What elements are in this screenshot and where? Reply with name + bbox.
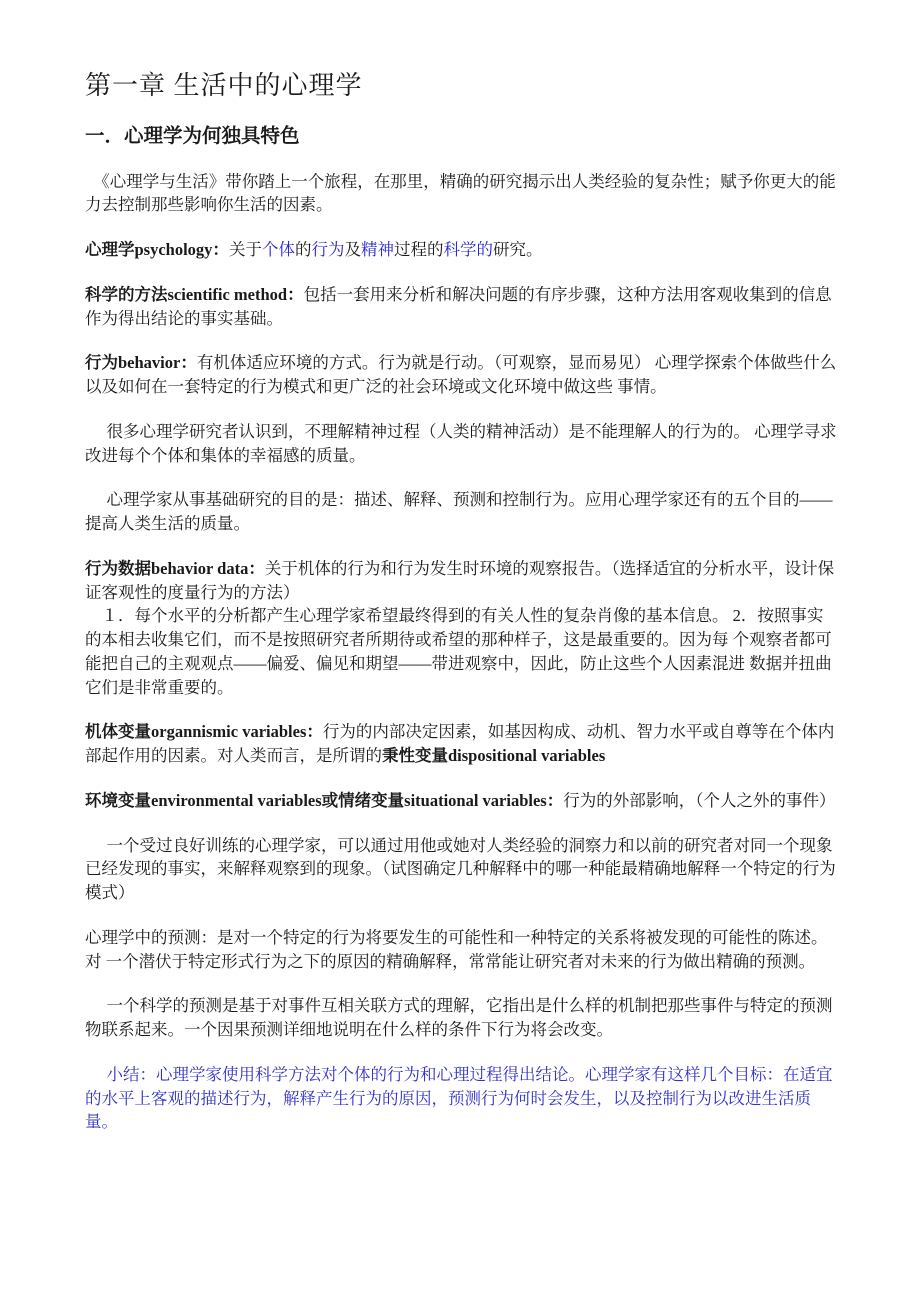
document-page: 第一章 生活中的心理学 一．心理学为何独具特色 《心理学与生活》带你踏上一个旅程… <box>0 0 920 1302</box>
linked-term: 行为 <box>311 240 344 259</box>
body-text: 小结：心理学家使用科学方法对个体的行为和心理过程得出结论。心理学家有这样几个目标… <box>85 1065 832 1132</box>
key-term: 行为数据behavior data： <box>85 559 265 578</box>
linked-term: 科学的 <box>443 240 493 259</box>
chapter-title: 第一章 生活中的心理学 <box>85 70 838 101</box>
body-text: 过程的 <box>394 240 444 259</box>
body-text: 有机体适应环境的方式。行为就是行动。（可观察，显而易见） 心理学探索个体做些什么… <box>85 353 836 396</box>
body-text: １．每个水平的分析都产生心理学家希望最终得到的有关人性的复杂肖像的基本信息。 2… <box>85 606 832 696</box>
definition-organismic-variables: 机体变量organnismic variables：行为的内部决定因素，如基因构… <box>85 720 838 768</box>
paragraph-prediction: 心理学中的预测：是对一个特定的行为将要发生的可能性和一种特定的关系将被发现的可能… <box>85 926 838 974</box>
body-text: 一个受过良好训练的心理学家，可以通过用他或她对人类经验的洞察力和以前的研究者对同… <box>85 836 836 903</box>
key-term: 机体变量organnismic variables： <box>85 722 323 741</box>
paragraph-trained-psychologist: 一个受过良好训练的心理学家，可以通过用他或她对人类经验的洞察力和以前的研究者对同… <box>85 834 838 905</box>
body-text: 心理学中的预测：是对一个特定的行为将要发生的可能性和一种特定的关系将被发现的可能… <box>85 928 828 971</box>
body-text: 及 <box>344 240 361 259</box>
linked-term: 精神 <box>361 240 394 259</box>
definition-behavior-data: 行为数据behavior data：关于机体的行为和行为发生时环境的观察报告。（… <box>85 557 838 605</box>
paragraph-research-goals: 心理学家从事基础研究的目的是：描述、解释、预测和控制行为。应用心理学家还有的五个… <box>85 488 838 536</box>
paragraph-scientific-prediction: 一个科学的预测是基于对事件互相关联方式的理解，它指出是什么样的机制把那些事件与特… <box>85 994 838 1042</box>
body-text: 很多心理学研究者认识到，不理解精神过程（人类的精神活动）是不能理解人的行为的。 … <box>85 422 837 465</box>
body-text: 研究。 <box>493 240 543 259</box>
definition-behavior: 行为behavior：有机体适应环境的方式。行为就是行动。（可观察，显而易见） … <box>85 351 838 399</box>
key-term: 科学的方法scientific method： <box>85 285 304 304</box>
definition-environmental-variables: 环境变量environmental variables或情绪变量situatio… <box>85 789 838 813</box>
document-body: 《心理学与生活》带你踏上一个旅程，在那里，精确的研究揭示出人类经验的复杂性；赋予… <box>85 170 838 1135</box>
definition-scientific-method: 科学的方法scientific method：包括一套用来分析和解决问题的有序步… <box>85 283 838 331</box>
key-term: 环境变量environmental variables或情绪变量situatio… <box>85 791 563 810</box>
body-text: 一个科学的预测是基于对事件互相关联方式的理解，它指出是什么样的机制把那些事件与特… <box>85 996 832 1039</box>
linked-term: 个体 <box>262 240 295 259</box>
body-text: 关于 <box>229 240 262 259</box>
paragraph-mental-process: 很多心理学研究者认识到，不理解精神过程（人类的精神活动）是不能理解人的行为的。 … <box>85 420 838 468</box>
key-term: 秉性变量dispositional variables <box>382 746 605 765</box>
body-text: 心理学家从事基础研究的目的是：描述、解释、预测和控制行为。应用心理学家还有的五个… <box>85 490 832 533</box>
body-text: 的 <box>295 240 312 259</box>
definition-psychology: 心理学psychology：关于个体的行为及精神过程的科学的研究。 <box>85 238 838 262</box>
section-heading: 一．心理学为何独具特色 <box>85 125 838 148</box>
summary-paragraph: 小结：心理学家使用科学方法对个体的行为和心理过程得出结论。心理学家有这样几个目标… <box>85 1063 838 1134</box>
key-term: 行为behavior： <box>85 353 197 372</box>
intro-paragraph: 《心理学与生活》带你踏上一个旅程，在那里，精确的研究揭示出人类经验的复杂性；赋予… <box>85 170 838 218</box>
body-text: 行为的外部影响，（个人之外的事件） <box>563 791 835 810</box>
key-term: 心理学psychology： <box>85 240 229 259</box>
body-text: 《心理学与生活》带你踏上一个旅程，在那里，精确的研究揭示出人类经验的复杂性；赋予… <box>85 172 836 215</box>
behavior-data-list: １．每个水平的分析都产生心理学家希望最终得到的有关人性的复杂肖像的基本信息。 2… <box>85 604 838 699</box>
